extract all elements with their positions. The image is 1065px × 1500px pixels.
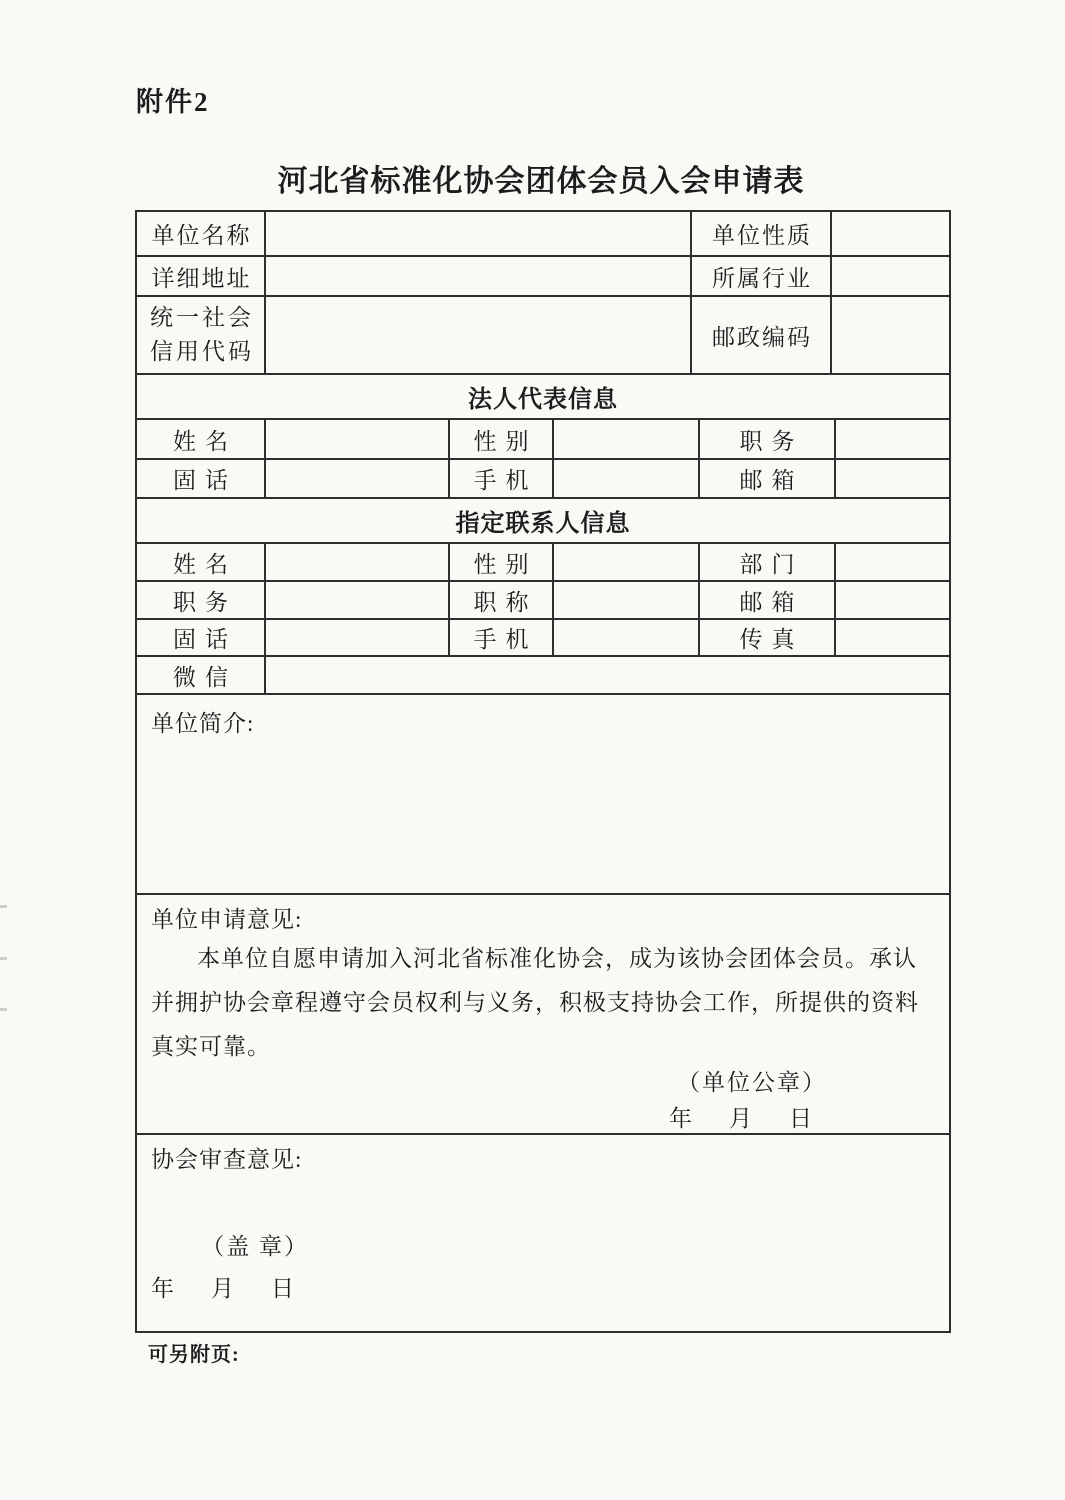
application-opinion-cell: 单位申请意见: 本单位自愿申请加入河北省标准化协会，成为该协会团体会员。承认 并… [137,895,933,1133]
label-credit-code-line2: 信用代码 [150,335,254,369]
label-credit-code-line1: 统一社会 [150,301,254,335]
value-unit-name [266,212,692,255]
label-unit-name: 单位名称 [137,212,266,255]
label-address: 详细地址 [137,257,266,295]
application-date-line: 年 月 日 [151,1105,919,1133]
scan-artifact [0,1008,7,1011]
review-opinion-cell: 协会审查意见: （盖 章） 年 月 日 [137,1135,415,1331]
label-contact-gender: 性别 [450,544,554,580]
application-text-line1: 本单位自愿申请加入河北省标准化协会，成为该协会团体会员。承认 [151,937,919,981]
value-contact-landline [266,620,450,655]
scanned-form-page: 附件2 河北省标准化协会团体会员入会申请表 单位名称 单位性质 详细地址 所属行… [0,0,1065,1500]
value-contact-gender [554,544,700,580]
application-text-line2: 并拥护协会章程遵守会员权利与义务，积极支持协会工作，所提供的资料 [151,981,919,1025]
value-legal-position [836,420,949,458]
application-text-line3: 真实可靠。 [151,1025,919,1069]
row-unit-name: 单位名称 单位性质 [137,212,949,257]
value-unit-nature [832,212,949,255]
value-contact-department [836,544,949,580]
value-legal-landline [266,460,450,497]
label-contact-name: 姓名 [137,544,266,580]
association-seal-note: （盖 章） [151,1233,401,1261]
row-address: 详细地址 所属行业 [137,257,949,297]
row-wechat: 微信 [137,657,949,695]
label-industry: 所属行业 [692,257,832,295]
label-legal-mobile: 手机 [450,460,554,497]
row-contact-position: 职务 职称 邮箱 [137,582,949,620]
row-legal-name: 姓名 性别 职务 [137,420,949,460]
label-contact-email: 邮箱 [700,582,836,618]
value-industry [832,257,949,295]
label-legal-landline: 固话 [137,460,266,497]
review-date-line: 年 月 日 [151,1275,401,1303]
unit-introduction-label: 单位简介: [151,707,254,741]
label-wechat: 微信 [137,657,266,693]
row-review-opinion: 协会审查意见: （盖 章） 年 月 日 [137,1135,949,1331]
unit-introduction-cell: 单位简介: [137,695,268,893]
label-legal-gender: 性别 [450,420,554,458]
label-unit-nature: 单位性质 [692,212,832,255]
value-contact-email [836,582,949,618]
label-postal-code: 邮政编码 [692,297,832,373]
label-contact-title: 职称 [450,582,554,618]
label-contact-position: 职务 [137,582,266,618]
row-unit-introduction: 单位简介: [137,695,949,895]
label-legal-position: 职务 [700,420,836,458]
value-address [266,257,692,295]
section-legal-representative: 法人代表信息 [137,375,949,420]
value-legal-email [836,460,949,497]
value-legal-gender [554,420,700,458]
value-contact-mobile [554,620,700,655]
designated-contact-header: 指定联系人信息 [137,499,949,542]
row-credit-code: 统一社会 信用代码 邮政编码 [137,297,949,375]
value-postal-code [832,297,949,373]
unit-seal-note: （单位公章） [151,1069,919,1097]
label-contact-fax: 传真 [700,620,836,655]
attachment-label: 附件2 [136,80,210,119]
row-contact-name: 姓名 性别 部门 [137,544,949,582]
value-contact-title [554,582,700,618]
application-form-table: 单位名称 单位性质 详细地址 所属行业 统一社会 信用代码 邮政编码 法人代表信… [135,210,951,1333]
label-legal-email: 邮箱 [700,460,836,497]
row-contact-phone: 固话 手机 传真 [137,620,949,657]
legal-representative-header: 法人代表信息 [137,375,949,418]
application-opinion-label: 单位申请意见: [151,903,919,937]
value-contact-position [266,582,450,618]
scan-artifact [0,905,7,908]
label-contact-landline: 固话 [137,620,266,655]
row-legal-phone: 固话 手机 邮箱 [137,460,949,499]
label-contact-department: 部门 [700,544,836,580]
value-contact-fax [836,620,949,655]
label-legal-name: 姓名 [137,420,266,458]
form-title: 河北省标准化协会团体会员入会申请表 [135,156,947,200]
scan-artifact [0,957,7,960]
label-credit-code: 统一社会 信用代码 [137,297,266,373]
value-wechat [266,657,949,693]
additional-pages-note: 可另附页: [148,1338,240,1367]
review-opinion-label: 协会审查意见: [151,1143,401,1177]
label-contact-mobile: 手机 [450,620,554,655]
value-contact-name [266,544,450,580]
section-designated-contact: 指定联系人信息 [137,499,949,544]
value-legal-name [266,420,450,458]
value-legal-mobile [554,460,700,497]
row-application-opinion: 单位申请意见: 本单位自愿申请加入河北省标准化协会，成为该协会团体会员。承认 并… [137,895,949,1135]
value-credit-code [266,297,692,373]
